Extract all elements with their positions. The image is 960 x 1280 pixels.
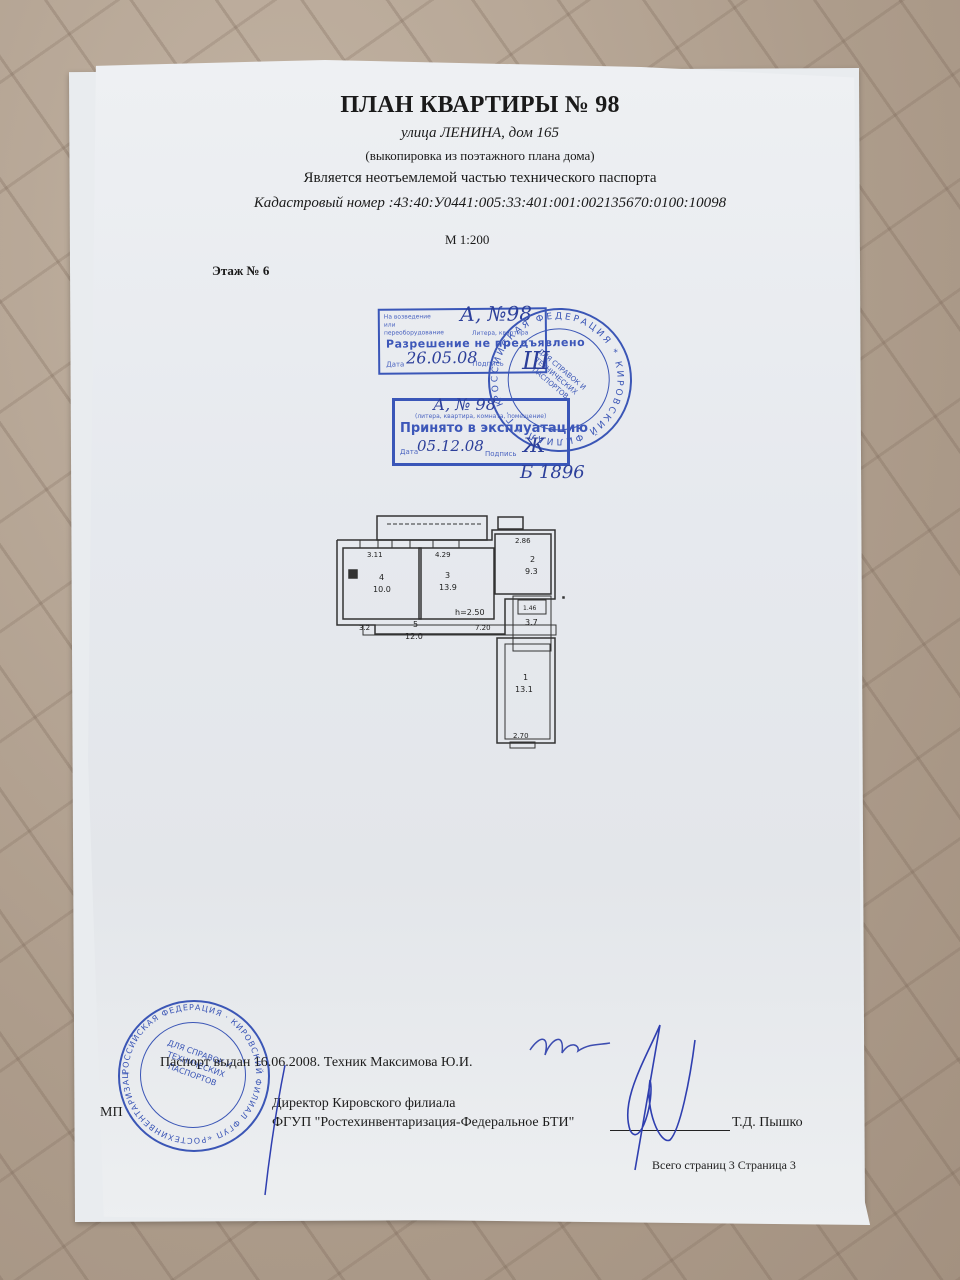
dim-room1-width: 2.70: [513, 732, 529, 740]
excerpt-note: (выкопировка из поэтажного плана дома): [0, 148, 960, 164]
accepted-date: 05.12.08: [417, 437, 484, 455]
address: улица ЛЕНИНА, дом 165: [0, 125, 960, 142]
dim-room3-width: 4.29: [435, 551, 451, 559]
dim-corridor: 7.20: [475, 624, 491, 632]
register-number: Б 1896: [520, 462, 585, 483]
room5-number: 5: [413, 620, 418, 629]
document-title: ПЛАН КВАРТИРЫ № 98: [0, 92, 960, 119]
room3-number: 3: [445, 571, 450, 580]
floor-plan-drawing: 3.11 4.29 2.86 4 10.0 3 13.9 2 9.3 h=2.5…: [335, 512, 565, 752]
director-signature: [600, 1020, 720, 1180]
room3-area: 13.9: [439, 583, 457, 592]
ceiling-height: h=2.50: [455, 608, 485, 617]
accepted-sign-label: Подпись: [485, 450, 517, 458]
floor-label: Этаж № 6: [212, 263, 269, 279]
floor-plan: 3.11 4.29 2.86 4 10.0 3 13.9 2 9.3 h=2.5…: [335, 512, 565, 757]
room6-area: 3.7: [525, 618, 538, 627]
accepted-stamp: А, № 98 (литера, квартира, комната, поме…: [392, 398, 570, 466]
dim-room4-width: 3.11: [367, 551, 383, 559]
accepted-headline: Принято в эксплуатацию: [400, 421, 588, 436]
cadastral-number: Кадастровый номер :43:40:У0441:005:33:40…: [220, 195, 760, 212]
accepted-date-label: Дата: [400, 448, 418, 456]
room1-number: 1: [523, 673, 528, 682]
director-line1: Директор Кировского филиала: [272, 1096, 455, 1112]
passport-issued: Паспорт выдан 16.06.2008. Техник Максимо…: [160, 1055, 472, 1071]
dim-room2-width: 2.86: [515, 537, 531, 545]
seal-signature: Ш: [522, 347, 549, 375]
round-seal-footer: РОССИЙСКАЯ ФЕДЕРАЦИЯ · КИРОВСКИЙ ФИЛИАЛ …: [118, 1000, 270, 1152]
permit-date-label: Дата: [386, 361, 404, 369]
room4-number: 4: [379, 573, 384, 582]
room2-number: 2: [530, 555, 535, 564]
director-name: Т.Д. Пышко: [732, 1115, 803, 1131]
room4-area: 10.0: [373, 585, 391, 594]
director-signature-stroke: [260, 1060, 290, 1200]
accepted-subcaption: (литера, квартира, комната, помещение): [415, 413, 546, 420]
room1-area: 13.1: [515, 685, 533, 694]
scale: М 1:200: [445, 232, 489, 248]
room2-area: 9.3: [525, 567, 538, 576]
accepted-signature: Ж: [523, 433, 545, 457]
dim-misc: 3.2: [359, 624, 370, 632]
permit-date: 26.05.08: [406, 348, 477, 368]
integral-note: Является неотъемлемой частью техническог…: [0, 170, 960, 187]
room5-area: 12.0: [405, 632, 423, 641]
permit-caption: На возведение или переоборудование: [384, 313, 444, 338]
accepted-handwritten-ref: А, № 98: [433, 395, 496, 414]
director-line2: ФГУП "Ростехинвентаризация-Федеральное Б…: [272, 1115, 574, 1131]
dim-bath: 1.46: [523, 605, 537, 612]
mp-label: МП: [100, 1105, 123, 1121]
